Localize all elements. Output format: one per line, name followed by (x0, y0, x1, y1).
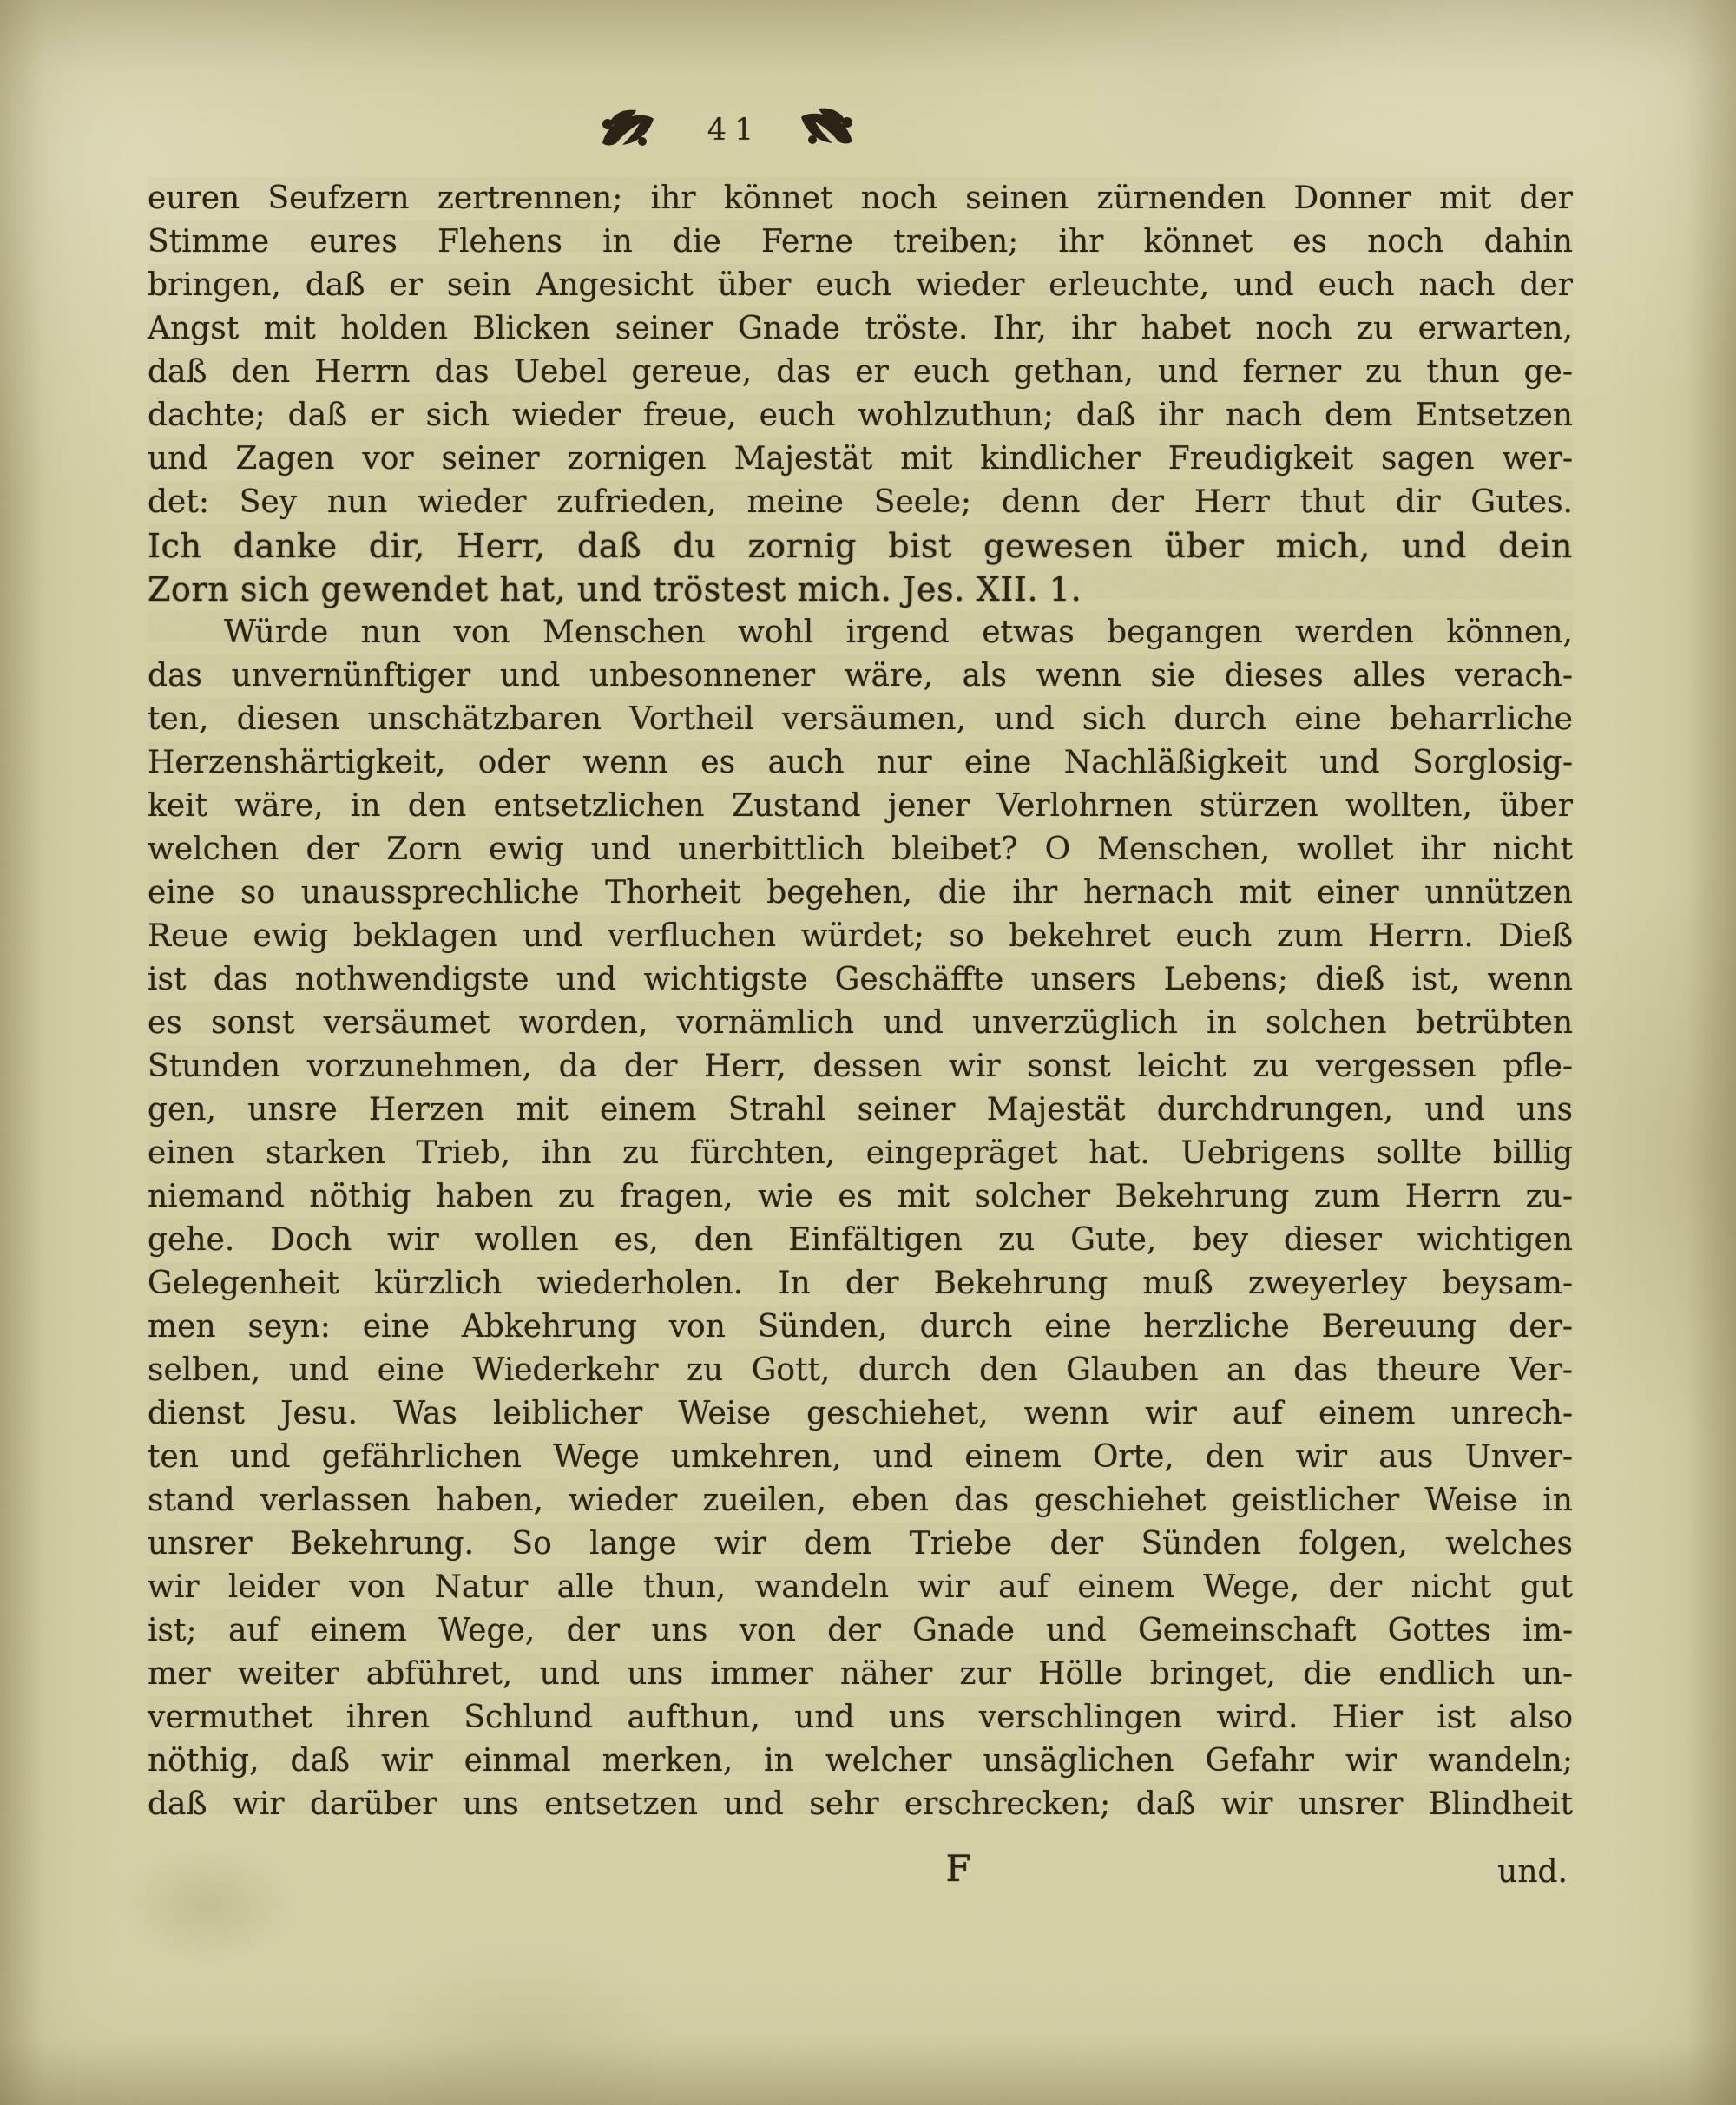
paragraph: Würde nun von Menschen wohl irgend etwas… (148, 611, 1573, 1826)
text-line: unsrer Bekehrung. So lange wir dem Trieb… (148, 1523, 1573, 1566)
text-line: euren Seufzern zertrennen; ihr könnet no… (148, 177, 1573, 220)
text-line: Gelegenheit kürzlich wiederholen. In der… (148, 1262, 1573, 1306)
text-line: welchen der Zorn ewig und unerbittlich b… (148, 828, 1573, 872)
text-line: das unvernünftiger und unbesonnener wäre… (148, 655, 1573, 698)
signature-mark: F (946, 1847, 971, 1890)
text-line: ist das nothwendigste und wichtigste Ges… (148, 958, 1573, 1002)
text-line: Stunden vorzunehmen, da der Herr, dessen… (148, 1045, 1573, 1089)
text-line: niemand nöthig haben zu fragen, wie es m… (148, 1175, 1573, 1219)
text-line: stand verlassen haben, wieder zueilen, e… (148, 1479, 1573, 1523)
scanned-book-page: 41 euren Seufzern zertrennen; ihr könnet… (0, 0, 1736, 2105)
text-line: daß wir darüber uns entsetzen und sehr e… (148, 1783, 1573, 1826)
text-line: det: Sey nun wieder zufrieden, meine See… (148, 481, 1573, 524)
page-footer: F und. (148, 1847, 1573, 1908)
text-line: ist; auf einem Wege, der uns von der Gna… (148, 1609, 1573, 1653)
fleuron-ornament-right (797, 101, 858, 155)
text-line: ten und gefährlichen Wege umkehren, und … (148, 1436, 1573, 1479)
paragraph-continuation: euren Seufzern zertrennen; ihr könnet no… (148, 177, 1573, 611)
text-line: Angst mit holden Blicken seiner Gnade tr… (148, 307, 1573, 351)
text-line: und Zagen vor seiner zornigen Majestät m… (148, 437, 1573, 481)
text-line: eine so unaussprechliche Thorheit begehe… (148, 872, 1573, 915)
text-line: dachte; daß er sich wieder freue, euch w… (148, 394, 1573, 437)
page-number: 41 (700, 113, 769, 148)
text-line: vermuthet ihren Schlund aufthun, und uns… (148, 1696, 1573, 1740)
text-line: daß den Herrn das Uebel gereue, das er e… (148, 351, 1573, 394)
text-line: Reue ewig beklagen und verfluchen würdet… (148, 915, 1573, 958)
text-line: wir leider von Natur alle thun, wandeln … (148, 1566, 1573, 1609)
text-line: keit wäre, in den entsetzlichen Zustand … (148, 785, 1573, 828)
text-line: Stimme eures Flehens in die Ferne treibe… (148, 220, 1573, 264)
text-line: men seyn: eine Abkehrung von Sünden, dur… (148, 1306, 1573, 1349)
text-line: Zorn sich gewendet hat, und tröstest mic… (148, 568, 1573, 611)
text-line: nöthig, daß wir einmal merken, in welche… (148, 1740, 1573, 1783)
text-line: selben, und eine Wiederkehr zu Gott, dur… (148, 1349, 1573, 1392)
text-line: bringen, daß er sein Angesicht über euch… (148, 264, 1573, 307)
text-line: einen starken Trieb, ihn zu fürchten, ei… (148, 1132, 1573, 1175)
body-text: euren Seufzern zertrennen; ihr könnet no… (148, 177, 1573, 1826)
text-line: es sonst versäumet worden, vornämlich un… (148, 1002, 1573, 1045)
text-line: Herzenshärtigkeit, oder wenn es auch nur… (148, 741, 1573, 785)
text-line: Würde nun von Menschen wohl irgend etwas… (148, 611, 1573, 655)
catchword: und. (1497, 1854, 1568, 1890)
text-line: ten, diesen unschätzbaren Vortheil versä… (148, 698, 1573, 741)
fleuron-ornament-left (597, 102, 658, 156)
text-line: gehe. Doch wir wollen es, den Einfältige… (148, 1219, 1573, 1262)
text-line: gen, unsre Herzen mit einem Strahl seine… (148, 1089, 1573, 1132)
text-line: mer weiter abführet, und uns immer näher… (148, 1653, 1573, 1696)
text-line: dienst Jesu. Was leiblicher Weise geschi… (148, 1392, 1573, 1436)
text-line: Ich danke dir, Herr, daß du zornig bist … (148, 524, 1573, 568)
